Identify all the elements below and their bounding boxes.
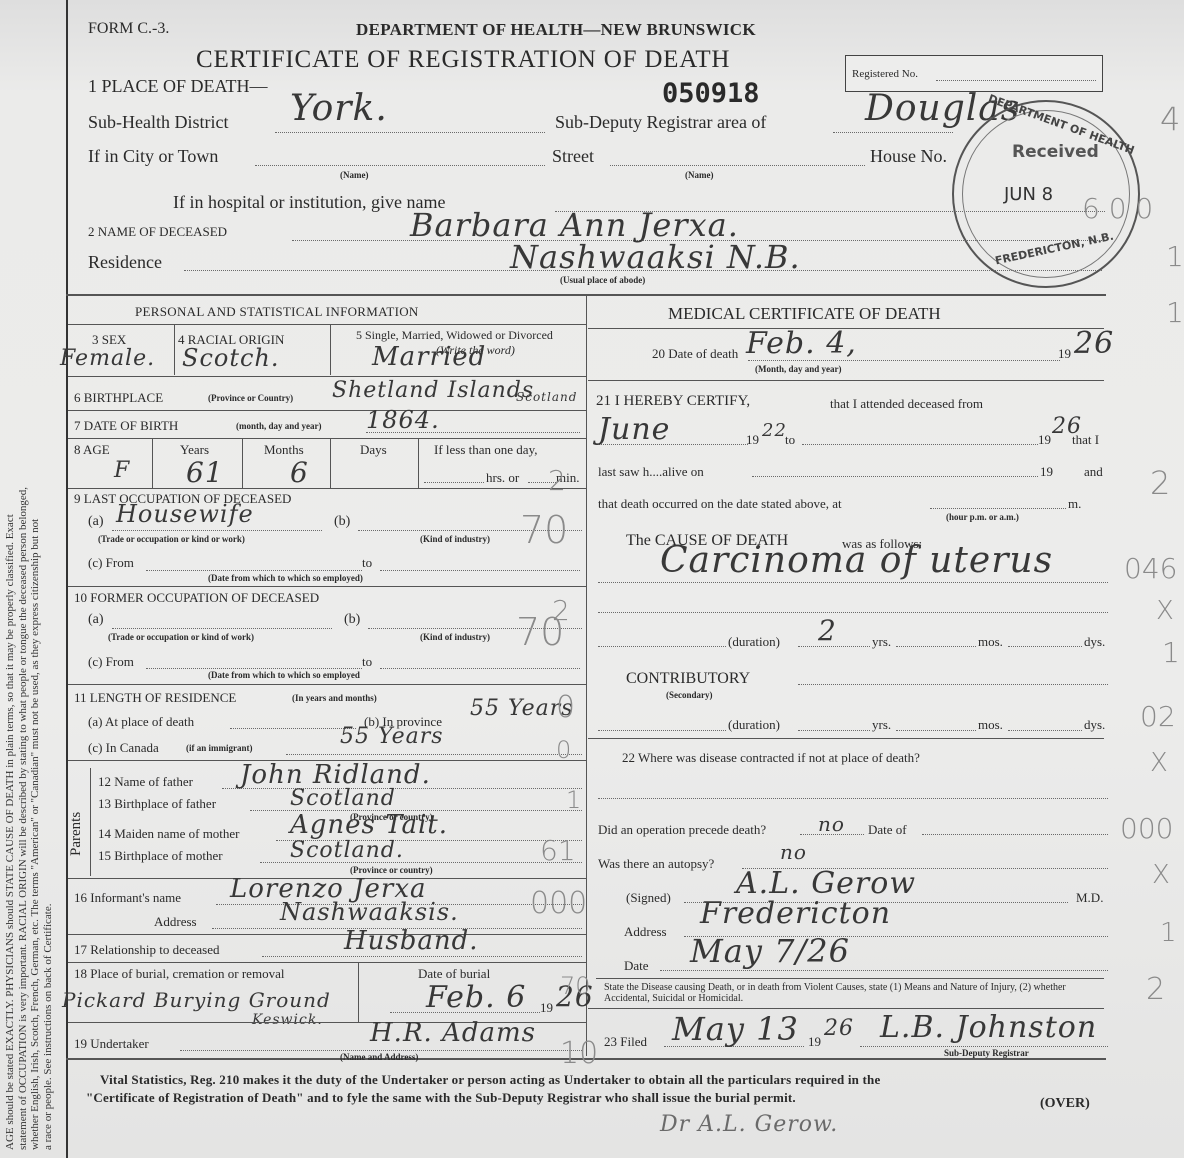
dotted-line — [286, 754, 582, 755]
dotted-line — [802, 444, 1038, 445]
parents-bracket — [90, 768, 91, 876]
cell-rule — [174, 325, 175, 375]
cell-rule — [358, 963, 359, 1023]
row-rule — [588, 738, 1104, 739]
dotted-line — [798, 684, 1108, 685]
date-of-death-year[interactable]: 26 — [1074, 326, 1114, 361]
employed-caption-2: (Date from which to which so employed — [208, 670, 360, 680]
dotted-line — [380, 570, 580, 571]
dob-label: 7 DATE OF BIRTH — [74, 418, 178, 434]
burial-place-value-2[interactable]: Keswick. — [252, 1012, 323, 1028]
dotted-line — [180, 1050, 582, 1051]
pencil-code: 1 — [1166, 296, 1184, 329]
hospital-label: If in hospital or institution, give name — [173, 192, 445, 213]
pencil-code: X — [1152, 860, 1170, 890]
pencil-code: 000 — [1120, 812, 1173, 845]
dotted-line — [930, 508, 1066, 509]
stamp-date: JUN 8 — [1004, 184, 1053, 205]
attended-to-year-prefix: 19 — [1038, 432, 1051, 448]
undertaker-value[interactable]: H.R. Adams — [370, 1018, 536, 1048]
margin-line: AGE should be stated EXACTLY. PHYSICIANS… — [4, 10, 17, 1150]
registered-number-field — [936, 80, 1096, 81]
industry-caption-2: (Kind of industry) — [420, 632, 490, 642]
dotted-line — [380, 668, 580, 669]
contributory-label: CONTRIBUTORY — [626, 670, 750, 688]
racial-origin-value[interactable]: Scotch. — [182, 344, 280, 372]
last-occupation-b-label: (b) — [334, 514, 350, 530]
pencil-code: X — [1156, 596, 1174, 626]
birthplace-label: 6 BIRTHPLACE — [74, 390, 163, 406]
last-occupation-to-label: to — [362, 555, 372, 571]
signed-label: (Signed) — [626, 890, 671, 906]
in-canada-label: (c) In Canada — [88, 740, 159, 756]
filed-label: 23 Filed — [604, 1034, 647, 1050]
duration-label: (duration) — [728, 634, 780, 650]
trade-caption: (Trade or occupation or kind or work) — [98, 534, 245, 544]
city-label: If in City or Town — [88, 146, 218, 167]
over-label: (OVER) — [1040, 1096, 1090, 1112]
hrs-label: hrs. or — [486, 470, 519, 486]
cause-of-death-value[interactable]: Carcinoma of uterus — [660, 540, 1053, 581]
relationship-value[interactable]: Husband. — [344, 926, 479, 956]
stamp-received: Received — [1012, 142, 1099, 162]
margin-line: statement of OCCUPATION is very importan… — [17, 10, 30, 1150]
sub-health-district-value[interactable]: York. — [290, 88, 388, 129]
birthplace-hint: (Province or Country) — [208, 393, 293, 403]
sex-value[interactable]: Female. — [60, 346, 155, 371]
pencil-code: 2 — [548, 464, 566, 497]
violent-causes-note: State the Disease causing Death, or in d… — [604, 982, 1104, 1004]
dotted-line — [896, 646, 976, 647]
former-occupation-to-label: to — [362, 654, 372, 670]
residence-length-label: 11 LENGTH OF RESIDENCE — [74, 690, 236, 706]
street-label: Street — [552, 146, 594, 167]
former-occupation-a-label: (a) — [88, 612, 104, 628]
pencil-code: 02 — [1140, 700, 1176, 733]
at-place-label: (a) At place of death — [88, 714, 194, 730]
secondary-caption: (Secondary) — [666, 690, 713, 700]
age-label: 8 AGE — [74, 442, 110, 458]
dotted-line — [424, 482, 484, 483]
dotted-line — [598, 582, 1108, 583]
that-i-text: that I — [1072, 432, 1099, 448]
cell-rule — [152, 439, 153, 489]
death-occurred-label: that death occurred on the date stated a… — [598, 496, 842, 512]
dotted-line — [598, 730, 726, 731]
burial-place-value[interactable]: Pickard Burying Ground — [62, 988, 331, 1012]
operation-label: Did an operation precede death? — [598, 822, 766, 838]
date-of-label: Date of — [868, 822, 907, 838]
mother-name-label: 14 Maiden name of mother — [98, 826, 240, 842]
mos-label: mos. — [978, 634, 1003, 650]
age-months-value[interactable]: 6 — [290, 456, 309, 489]
duration-years-value[interactable]: 2 — [818, 614, 837, 647]
former-occupation-from-label: (c) From — [88, 654, 134, 670]
dys-label: dys. — [1084, 634, 1105, 650]
less-than-day-label: If less than one day, — [434, 442, 538, 458]
last-saw-label: last saw h....alive on — [598, 464, 704, 480]
dotted-line — [1008, 646, 1082, 647]
dotted-line — [598, 798, 1108, 799]
deceased-name-label: 2 NAME OF DECEASED — [88, 224, 227, 240]
yrs-label: yrs. — [872, 634, 891, 650]
marital-status-label: 5 Single, Married, Widowed or Divorced — [356, 328, 553, 343]
contributory-duration-label: (duration) — [728, 717, 780, 733]
burial-year-prefix: 19 — [540, 1000, 553, 1016]
pencil-code: 70 — [516, 610, 564, 654]
dotted-line — [660, 970, 1108, 971]
days-label: Days — [360, 442, 387, 458]
certify-label: 21 I HEREBY CERTIFY, — [596, 393, 750, 410]
former-occupation-b-label: (b) — [344, 612, 360, 628]
certificate-number: 050918 — [662, 78, 760, 109]
row-rule — [588, 1008, 1104, 1009]
parents-label: Parents — [68, 812, 85, 856]
burial-date-value[interactable]: Feb. 6 — [426, 980, 526, 1015]
row-rule — [68, 324, 586, 325]
informant-label: 16 Informant's name — [74, 890, 181, 906]
dotted-line — [798, 730, 870, 731]
father-birthplace-label: 13 Birthplace of father — [98, 796, 216, 812]
cell-rule — [242, 439, 243, 489]
filed-date-value[interactable]: May 13 — [672, 1010, 799, 1048]
row-rule — [68, 438, 586, 439]
contributory-dys-label: dys. — [1084, 717, 1105, 733]
medical-section-title: MEDICAL CERTIFICATE OF DEATH — [668, 304, 941, 324]
pencil-code: 1 — [1160, 918, 1177, 948]
registrar-signature[interactable]: L.B. Johnston — [880, 1010, 1097, 1045]
pencil-code: 70 — [520, 508, 568, 552]
birthplace-value-2[interactable]: Scotland — [516, 390, 577, 404]
informant-address-value[interactable]: Nashwaaksis. — [280, 898, 459, 926]
row-rule — [588, 380, 1104, 381]
pencil-code: 046 — [1124, 552, 1177, 585]
dotted-line — [610, 165, 865, 166]
pencil-code: 70 — [560, 972, 591, 1000]
mother-birthplace-value[interactable]: Scotland. — [290, 838, 404, 863]
personal-section-title: PERSONAL AND STATISTICAL INFORMATION — [135, 304, 419, 320]
city-caption: (Name) — [340, 170, 369, 180]
undertaker-caption: (Name and Address) — [340, 1052, 418, 1062]
pencil-code: 1 — [566, 786, 581, 814]
house-number-label: House No. — [870, 146, 947, 167]
age-sex-code: F — [114, 458, 130, 483]
margin-border — [66, 0, 68, 1158]
sub-deputy-area-label: Sub-Deputy Registrar area of — [555, 112, 766, 133]
filed-year-value[interactable]: 26 — [824, 1016, 854, 1041]
pencil-code: 10 — [560, 1036, 598, 1071]
dotted-line — [112, 628, 332, 629]
footer-note: Dr A.L. Gerow. — [660, 1112, 838, 1137]
father-birthplace-value[interactable]: Scotland — [290, 786, 396, 811]
dob-value[interactable]: 1864. — [366, 406, 440, 434]
registered-number-box[interactable]: Registered No. — [845, 55, 1103, 92]
dotted-line — [860, 1046, 1108, 1047]
row-rule — [68, 376, 586, 377]
pencil-code: 4 — [1160, 100, 1180, 138]
hour-caption: (hour p.m. or a.m.) — [946, 512, 1019, 522]
death-certificate: AGE should be stated EXACTLY. PHYSICIANS… — [0, 0, 1184, 1158]
industry-caption: (Kind of industry) — [420, 534, 490, 544]
birthplace-value[interactable]: Shetland Islands — [332, 378, 534, 403]
contracted-label: 22 Where was disease contracted if not a… — [622, 750, 920, 766]
pencil-code: 61 — [540, 834, 576, 867]
attended-from-year[interactable]: 22 — [762, 420, 787, 441]
street-caption: (Name) — [685, 170, 714, 180]
certify-text: that I attended deceased from — [830, 396, 983, 412]
dotted-line — [1008, 730, 1082, 731]
registrar-caption: Sub-Deputy Registrar — [944, 1048, 1029, 1058]
dotted-line — [112, 530, 322, 531]
last-saw-year-prefix: 19 — [1040, 464, 1053, 480]
attended-from-month[interactable]: June — [598, 412, 670, 447]
attended-from-year-prefix: 19 — [746, 432, 759, 448]
dotted-line — [598, 646, 726, 647]
m-label: m. — [1068, 496, 1081, 512]
footer-line-1: Vital Statistics, Reg. 210 makes it the … — [100, 1072, 880, 1088]
dotted-line — [255, 165, 545, 166]
contributory-yrs-label: yrs. — [872, 717, 891, 733]
date-of-death-label: 20 Date of death — [652, 346, 738, 362]
footer-line-2: "Certificate of Registration of Death" a… — [86, 1090, 796, 1106]
row-rule — [68, 962, 586, 963]
mother-birthplace-label: 15 Birthplace of mother — [98, 848, 223, 864]
contributory-mos-label: mos. — [978, 717, 1003, 733]
cell-rule — [418, 439, 419, 489]
father-name-label: 12 Name of father — [98, 774, 193, 790]
sub-health-district-label: Sub-Health District — [88, 112, 228, 133]
in-canada-hint: (if an immigrant) — [186, 743, 253, 753]
margin-line: a race or people. See instructions on ba… — [42, 10, 55, 1150]
dotted-line — [262, 956, 582, 957]
physician-address-label: Address — [624, 924, 667, 940]
dotted-line — [275, 132, 545, 133]
operation-value[interactable]: no — [818, 812, 845, 836]
last-occupation-from-label: (c) From — [88, 555, 134, 571]
pencil-code: 1 — [1162, 636, 1180, 669]
physician-date-label: Date — [624, 958, 649, 974]
pencil-code: 1 — [1166, 240, 1184, 273]
dotted-line — [752, 476, 1038, 477]
age-years-value[interactable]: 61 — [186, 456, 224, 489]
relationship-label: 17 Relationship to deceased — [74, 942, 220, 958]
date-of-death-caption: (Month, day and year) — [755, 364, 842, 374]
cell-rule — [330, 439, 331, 489]
pencil-code: 0 — [556, 736, 571, 764]
certificate-title: CERTIFICATE OF REGISTRATION OF DEATH — [196, 46, 730, 74]
dob-hint: (month, day and year) — [236, 421, 322, 431]
dotted-line — [833, 132, 953, 133]
department-name: DEPARTMENT OF HEALTH—NEW BRUNSWICK — [356, 20, 756, 40]
pencil-code: 2 — [1146, 972, 1165, 1007]
residence-value[interactable]: Nashwaaksi N.B. — [510, 238, 801, 276]
in-canada-value[interactable]: 55 Years — [340, 724, 444, 749]
autopsy-label: Was there an autopsy? — [598, 856, 714, 872]
marital-status-value[interactable]: Married — [372, 342, 486, 372]
date-of-death-value[interactable]: Feb. 4, — [746, 326, 857, 361]
registered-number-label: Registered No. — [852, 68, 918, 80]
dotted-line — [598, 612, 1108, 613]
mother-name-value[interactable]: Agnes Tait. — [290, 810, 448, 840]
pencil-code: 000 — [530, 886, 587, 921]
autopsy-value[interactable]: no — [780, 840, 807, 864]
dotted-line — [146, 570, 362, 571]
dotted-line — [922, 834, 1108, 835]
informant-address-label: Address — [154, 914, 197, 930]
row-rule — [68, 934, 586, 935]
row-rule — [596, 978, 1104, 979]
pencil-code: 6 0 0 — [1082, 192, 1153, 225]
employed-caption: (Date from which to which so employed) — [208, 573, 363, 583]
filed-year-prefix: 19 — [808, 1034, 821, 1050]
margin-instructions: AGE should be stated EXACTLY. PHYSICIANS… — [4, 10, 54, 1150]
and-text: and — [1084, 464, 1103, 480]
pencil-code: 2 — [1150, 464, 1170, 502]
residence-caption: (Usual place of abode) — [560, 275, 645, 285]
last-occupation-value[interactable]: Housewife — [116, 500, 254, 528]
burial-place-label: 18 Place of burial, cremation or removal — [74, 966, 284, 982]
margin-line: whether English, Irish, Scotch, French, … — [29, 10, 42, 1150]
row-rule — [68, 410, 586, 411]
column-divider — [586, 296, 587, 1056]
row-rule — [68, 488, 586, 489]
trade-caption-2: (Trade or occupation or kind of work) — [108, 632, 254, 642]
md-label: M.D. — [1076, 890, 1103, 906]
date-of-death-year-prefix: 19 — [1058, 346, 1071, 362]
pencil-code: X — [1150, 748, 1168, 778]
attended-to-word: to — [785, 432, 795, 448]
last-occupation-a-label: (a) — [88, 514, 104, 530]
row-rule — [68, 586, 586, 587]
cell-rule — [330, 325, 331, 375]
dotted-line — [230, 728, 356, 729]
residence-label: Residence — [88, 252, 162, 273]
residence-length-hint: (In years and months) — [292, 693, 377, 703]
dotted-line — [896, 730, 976, 731]
dotted-line — [146, 668, 362, 669]
undertaker-label: 19 Undertaker — [74, 1036, 149, 1052]
form-number: FORM C.-3. — [88, 20, 169, 38]
row-rule — [68, 684, 586, 685]
pencil-code: 0 — [556, 690, 575, 725]
place-of-death-label: 1 PLACE OF DEATH— — [88, 76, 268, 97]
physician-address-value[interactable]: Fredericton — [700, 896, 891, 931]
physician-date-value[interactable]: May 7/26 — [690, 932, 850, 970]
former-occupation-label: 10 FORMER OCCUPATION OF DECEASED — [74, 590, 319, 606]
